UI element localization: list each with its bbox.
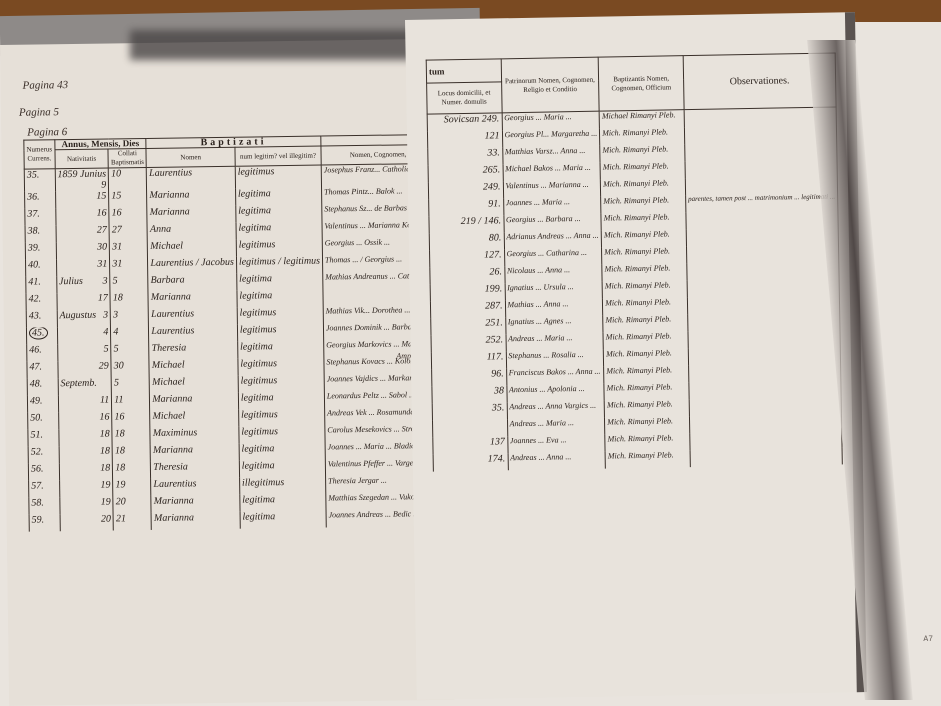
child-name: Laurentius / Jacobus — [148, 257, 237, 275]
domicile-number: 174. — [433, 453, 508, 471]
birth-date: 27 — [56, 224, 110, 242]
legitimacy: legitima — [237, 273, 323, 291]
legitimacy: legitimus / legitimus — [236, 256, 322, 274]
baptism-day: 31 — [110, 241, 148, 259]
baptizing-priest: Mich. Rimanyi Pleb. — [605, 433, 690, 451]
baptism-day: 18 — [110, 292, 148, 310]
baptizing-priest: Mich. Rimanyi Pleb. — [601, 212, 686, 230]
godparents: Andreas ... Maria ... — [507, 418, 605, 437]
child-name: Laurentius — [149, 325, 238, 343]
baptizing-priest: Mich. Rimanyi Pleb. — [601, 229, 686, 247]
entry-number: 56. — [28, 463, 59, 480]
godparents: Ignatius ... Agnes ... — [505, 316, 603, 335]
entry-number: 52. — [28, 446, 59, 463]
birth-date: 19 — [59, 496, 113, 514]
child-name: Barbara — [148, 274, 237, 292]
baptism-day: 18 — [113, 462, 151, 480]
baptism-day: 5 — [111, 343, 149, 361]
legitimacy: legitima — [239, 443, 325, 461]
legitimacy: legitima — [235, 188, 321, 206]
entry-number: 49. — [27, 395, 58, 412]
entry-number: 51. — [28, 429, 59, 446]
godparents: Franciscus Bakos ... Anna ... — [506, 367, 604, 386]
circled-entry-number: 45. — [29, 327, 48, 339]
birth-date: 16 — [58, 411, 112, 429]
godparents: Georgius ... Barbara ... — [503, 214, 601, 233]
baptizing-priest: Michael Rimanyi Pleb. — [599, 110, 684, 129]
godparents: Adrianus Andreas ... Anna ... — [504, 231, 602, 250]
domicile-number: 117. — [431, 351, 506, 369]
birth-date: 17 — [57, 292, 111, 310]
margin-note-3: Pagina 6 — [27, 126, 67, 139]
legitimacy: illegitimus — [239, 476, 325, 494]
col-patrini: Patrinorum Nomen, Cognomen, Religio et C… — [501, 57, 600, 113]
baptism-day: 30 — [111, 360, 149, 378]
child-name: Michael — [149, 359, 238, 377]
domicile-number: 287. — [430, 300, 505, 318]
domicile-number: 80. — [429, 232, 504, 250]
birth-date: 19 — [59, 479, 113, 497]
baptizing-priest: Mich. Rimanyi Pleb. — [604, 399, 689, 417]
domicile-number — [432, 419, 507, 437]
child-name: Anna — [147, 223, 236, 241]
baptism-day: 10 — [109, 167, 147, 190]
child-name: Michael — [148, 240, 237, 258]
child-name: Maximinus — [150, 427, 239, 445]
legitimacy: legitima — [238, 341, 324, 359]
col-nativitatis: Nativitatis — [55, 149, 109, 169]
legitimacy: legitima — [240, 493, 326, 511]
entry-number: 37. — [25, 208, 56, 225]
legitimacy: legitimus — [237, 307, 323, 325]
left-register-page: Pagina 43 Pagina 5 Pagina 6 Numerus Curr… — [0, 39, 454, 706]
baptism-day: 20 — [113, 496, 151, 514]
entry-number: 59. — [29, 514, 60, 531]
legitimacy: legitimus — [239, 426, 325, 444]
entry-number: 41. — [26, 276, 57, 293]
godparents: Georgius ... Maria ... — [502, 111, 600, 130]
legitimacy: legitimus — [238, 375, 324, 393]
child-name: Michael — [149, 376, 238, 394]
child-name: Theresia — [151, 461, 240, 479]
domicile-number: 127. — [430, 249, 505, 267]
domicile-number: 252. — [431, 334, 506, 352]
col-locus-domicilii: Locus domicilii, et Numer. domulis — [427, 82, 502, 114]
entry-number: 50. — [28, 412, 59, 429]
entry-number: 45. — [26, 327, 57, 344]
birth-date: Julius3 — [56, 275, 110, 293]
baptizing-priest: Mich. Rimanyi Pleb. — [600, 127, 685, 145]
godparents: Mathias ... Anna ... — [505, 299, 603, 318]
domicile-number: 33. — [428, 147, 503, 165]
godparents: Andreas ... Anna ... — [508, 452, 606, 471]
margin-note-1: Pagina 43 — [22, 79, 68, 92]
observations — [690, 447, 842, 467]
entry-number: 36. — [25, 191, 56, 208]
legitimacy: legitimus — [237, 324, 323, 342]
entry-number: 35. — [24, 169, 55, 192]
birth-date: 30 — [56, 241, 110, 259]
child-name: Marianna — [147, 206, 236, 224]
baptizing-priest: Mich. Rimanyi Pleb. — [603, 314, 688, 332]
birth-date: Augustus3 — [57, 309, 111, 327]
godparents: Michael Bakos ... Maria ... — [503, 163, 601, 182]
entry-number: 38. — [25, 225, 56, 242]
godparents: Ignatius ... Ursula ... — [505, 282, 603, 301]
col-numerus-currens: Numerus Currens. — [24, 140, 55, 169]
child-name: Theresia — [149, 342, 238, 360]
baptizing-priest: Mich. Rimanyi Pleb. — [603, 331, 688, 349]
baptism-day: 11 — [112, 394, 150, 412]
baptizing-priest: Mich. Rimanyi Pleb. — [605, 416, 690, 434]
godparents: Antonius ... Apolonia ... — [506, 384, 604, 403]
godparents: Andreas ... Maria ... — [506, 333, 604, 352]
birth-date: 1859 Junius9 — [55, 168, 109, 191]
baptism-day: 16 — [109, 207, 147, 225]
entry-number: 47. — [27, 361, 58, 378]
baptizing-priest: Mich. Rimanyi Pleb. — [600, 161, 685, 179]
baptism-day: 27 — [109, 224, 147, 242]
legitimacy: legitimus — [238, 358, 324, 376]
legitimacy: legitima — [238, 392, 324, 410]
birth-date: 4 — [57, 326, 111, 344]
baptism-day: 19 — [113, 479, 151, 497]
legitimacy: legitimus — [238, 409, 324, 427]
margin-note-2: Pagina 5 — [19, 106, 59, 119]
child-name: Marianna — [150, 444, 239, 462]
birth-date: 11 — [58, 394, 112, 412]
birth-date: 15 — [55, 190, 109, 208]
col-group-date: Annus, Mensis, Dies — [55, 138, 147, 149]
birth-date: 18 — [59, 445, 113, 463]
baptizing-priest: Mich. Rimanyi Pleb. — [602, 263, 687, 281]
col-collati-baptismatis: Collati Baptismatis — [108, 148, 146, 168]
birth-date: 5 — [57, 343, 111, 361]
entry-number: 40. — [25, 259, 56, 276]
domicile-number: 219 / 146. — [429, 215, 504, 233]
domicile-number: 251. — [431, 317, 506, 335]
baptism-day: 5 — [110, 275, 148, 293]
domicile-number: 91. — [429, 198, 504, 216]
birth-date: 18 — [59, 428, 113, 446]
baptism-day: 5 — [111, 377, 149, 395]
godparents: Georgius Pl... Margaretha ... — [502, 129, 600, 148]
baptism-day: 4 — [111, 326, 149, 344]
child-name: Marianna — [150, 393, 239, 411]
domicile-number: 35. — [432, 402, 507, 420]
domicile-number: Sovicsan 249. — [427, 113, 502, 132]
godparents: Joannes ... Maria ... — [503, 197, 601, 216]
legitimacy: legitima — [240, 510, 326, 528]
baptizing-priest: Mich. Rimanyi Pleb. — [601, 178, 686, 196]
entry-number: 58. — [29, 497, 60, 514]
birth-date: 18 — [59, 462, 113, 480]
baptism-day: 3 — [110, 309, 148, 327]
child-name: Marianna — [151, 495, 240, 513]
baptizing-priest: Mich. Rimanyi Pleb. — [603, 297, 688, 315]
legitimacy: legitimus — [236, 239, 322, 257]
domicile-number: 26. — [430, 266, 505, 284]
col-legitimi: num legitim? vel illegitim? — [235, 146, 321, 166]
entry-number: 46. — [27, 344, 58, 361]
baptism-day: 16 — [112, 411, 150, 429]
col-nomen: Nomen — [146, 147, 235, 167]
birth-date: 20 — [60, 513, 114, 531]
baptizing-priest: Mich. Rimanyi Pleb. — [602, 280, 687, 298]
domicile-number: 249. — [428, 181, 503, 199]
godparents: Joannes ... Eva ... — [507, 435, 605, 454]
birth-date: Septemb. — [58, 377, 112, 395]
birth-date: 31 — [56, 258, 110, 276]
child-name: Michael — [150, 410, 239, 428]
child-name: Marianna — [151, 512, 240, 530]
birth-date: 16 — [55, 207, 109, 225]
baptizing-priest: Mich. Rimanyi Pleb. — [603, 348, 688, 366]
domicile-number: 137 — [433, 436, 508, 454]
entry-number: 39. — [25, 242, 56, 259]
baptizing-priest: Mich. Rimanyi Pleb. — [605, 450, 690, 468]
entry-number: 57. — [29, 480, 60, 497]
godparents: Matthias Varsz... Anna ... — [502, 146, 600, 165]
godparents: Georgius ... Catharina ... — [504, 248, 602, 267]
child-name: Marianna — [147, 189, 236, 207]
domicile-number: 96. — [432, 368, 507, 386]
legitimacy: legitima — [239, 459, 325, 477]
child-name: Laurentius — [151, 478, 240, 496]
right-register-page: tum Patrinorum Nomen, Cognomen, Religio … — [405, 12, 867, 700]
entry-number: 43. — [26, 310, 57, 327]
birth-date: 29 — [58, 360, 112, 378]
godparents: Andreas ... Anna Vargics ... — [507, 401, 605, 420]
baptizing-priest: Mich. Rimanyi Pleb. — [601, 195, 686, 213]
legitimacy: legitima — [237, 290, 323, 308]
baptism-register-table-right: tum Patrinorum Nomen, Cognomen, Religio … — [426, 52, 843, 471]
legitimacy: legitimus — [235, 165, 321, 189]
domicile-number: 38 — [432, 385, 507, 403]
child-name: Marianna — [148, 291, 237, 309]
child-name: Laurentius — [149, 308, 238, 326]
col-group-tum: tum — [426, 59, 501, 83]
baptism-day: 18 — [112, 428, 150, 446]
baptizing-priest: Mich. Rimanyi Pleb. — [600, 144, 685, 162]
godparents: Stephanus ... Rosalia ... — [506, 350, 604, 369]
baptism-day: 21 — [113, 513, 151, 531]
domicile-number: 121 — [427, 130, 502, 148]
entry-number: 48. — [27, 378, 58, 395]
godparents: Nicolaus ... Anna ... — [504, 265, 602, 284]
legitimacy: legitima — [236, 205, 322, 223]
child-name: Laurentius — [147, 166, 236, 190]
domicile-number: 265. — [428, 164, 503, 182]
domicile-number: 199. — [430, 283, 505, 301]
baptizing-priest: Mich. Rimanyi Pleb. — [604, 382, 689, 400]
baptism-day: 18 — [112, 445, 150, 463]
godparents: Valentinus ... Marianna ... — [503, 180, 601, 199]
entry-number: 42. — [26, 293, 57, 310]
baptism-day: 15 — [109, 190, 147, 208]
baptizing-priest: Mich. Rimanyi Pleb. — [604, 365, 689, 383]
legitimacy: legitima — [236, 222, 322, 240]
baptizing-priest: Mich. Rimanyi Pleb. — [602, 246, 687, 264]
corner-label: A7 — [923, 635, 933, 644]
col-baptizans: Baptizantis Nomen, Cognomen, Officium — [598, 56, 684, 111]
baptism-day: 31 — [110, 258, 148, 276]
